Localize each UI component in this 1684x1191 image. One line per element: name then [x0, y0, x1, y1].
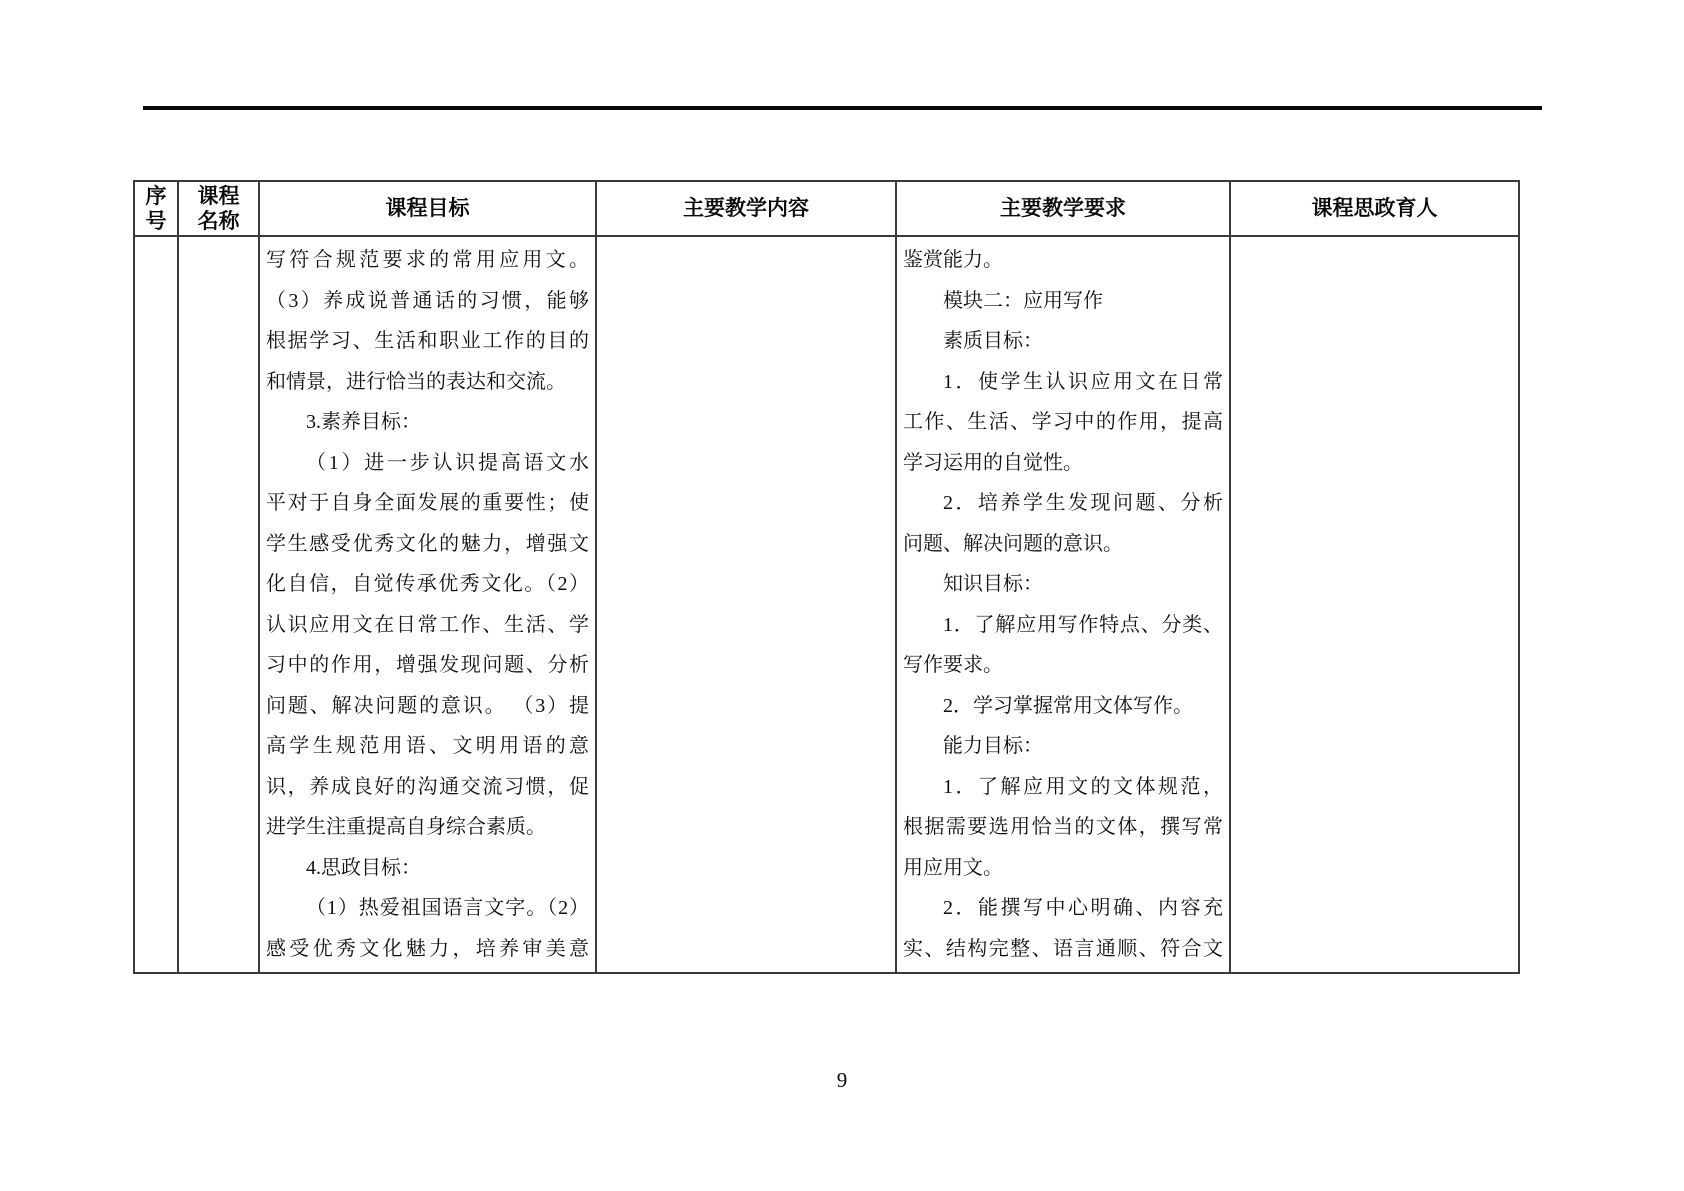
text-line: 写符合规范要求的常用应用文。 — [266, 240, 589, 281]
text-line: 问题、解决问题的意识。 — [903, 524, 1223, 565]
text-line: （1）热爱祖国语言文字。（2） — [266, 888, 589, 929]
cell-course-name — [178, 236, 259, 973]
text-line: 3.素养目标： — [266, 402, 589, 443]
text-line: 1．使学生认识应用文在日常 — [903, 362, 1223, 403]
text-line: 能力目标： — [903, 726, 1223, 767]
text-line: 工作、生活、学习中的作用，提高 — [903, 402, 1223, 443]
text-line: 认识应用文在日常工作、生活、学 — [266, 605, 589, 646]
column-header-seq: 序 号 — [134, 181, 178, 236]
text-line: 知识目标： — [903, 564, 1223, 605]
text-line: （3）养成说普通话的习惯，能够 — [266, 281, 589, 322]
text-line: 鉴赏能力。 — [903, 240, 1223, 281]
text-line: 2．培养学生发现问题、分析 — [903, 483, 1223, 524]
text-line: 2．能撰写中心明确、内容充 — [903, 888, 1223, 929]
cell-seq — [134, 236, 178, 973]
text-line: 进学生注重提高自身综合素质。 — [266, 807, 589, 848]
text-line: 习中的作用，增强发现问题、分析 — [266, 645, 589, 686]
text-line: 根据学习、生活和职业工作的目的 — [266, 321, 589, 362]
text-line: 写作要求。 — [903, 645, 1223, 686]
text-line: 根据需要选用恰当的文体，撰写常 — [903, 807, 1223, 848]
column-header-ideological-education: 课程思政育人 — [1230, 181, 1519, 236]
text-line: 1．了解应用文的文体规范， — [903, 767, 1223, 808]
column-header-teaching-requirements: 主要教学要求 — [896, 181, 1230, 236]
text-line: 学习运用的自觉性。 — [903, 443, 1223, 484]
text-line: 问题、解决问题的意识。 （3）提 — [266, 686, 589, 727]
text-line: 用应用文。 — [903, 848, 1223, 889]
text-line: 模块二：应用写作 — [903, 281, 1223, 322]
header-row: 序 号 课程 名称 课程目标 主要教学内容 主要教学要求 课程思政育人 — [134, 181, 1519, 236]
cell-teaching-requirements: 鉴赏能力。模块二：应用写作素质目标：1．使学生认识应用文在日常工作、生活、学习中… — [896, 236, 1230, 973]
document-page: 序 号 课程 名称 课程目标 主要教学内容 主要教学要求 课程思政育人 写符合规… — [0, 0, 1684, 1191]
text-line: 2．学习掌握常用文体写作。 — [903, 686, 1223, 727]
text-line: 学生感受优秀文化的魅力，增强文 — [266, 524, 589, 565]
text-line: （1）进一步认识提高语文水 — [266, 443, 589, 484]
text-line: 素质目标： — [903, 321, 1223, 362]
text-line: 和情景，进行恰当的表达和交流。 — [266, 362, 589, 403]
text-line: 高学生规范用语、文明用语的意 — [266, 726, 589, 767]
course-info-table: 序 号 课程 名称 课程目标 主要教学内容 主要教学要求 课程思政育人 写符合规… — [133, 180, 1520, 974]
cell-ideological-education — [1230, 236, 1519, 973]
text-line: 4.思政目标： — [266, 848, 589, 889]
cell-course-objectives: 写符合规范要求的常用应用文。（3）养成说普通话的习惯，能够根据学习、生活和职业工… — [259, 236, 596, 973]
column-header-teaching-content: 主要教学内容 — [596, 181, 896, 236]
text-line: 平对于自身全面发展的重要性；使 — [266, 483, 589, 524]
text-line: 实、结构完整、语言通顺、符合文 — [903, 929, 1223, 970]
page-number: 9 — [0, 1068, 1684, 1093]
text-line: 识，养成良好的沟通交流习惯，促 — [266, 767, 589, 808]
column-header-course-objectives: 课程目标 — [259, 181, 596, 236]
cell-teaching-content — [596, 236, 896, 973]
page-header-rule — [143, 106, 1542, 110]
text-line: 化自信，自觉传承优秀文化。（2） — [266, 564, 589, 605]
text-line: 感受优秀文化魅力，培养审美意 — [266, 929, 589, 970]
text-line: 1．了解应用写作特点、分类、 — [903, 605, 1223, 646]
table-row: 写符合规范要求的常用应用文。（3）养成说普通话的习惯，能够根据学习、生活和职业工… — [134, 236, 1519, 973]
column-header-course-name: 课程 名称 — [178, 181, 259, 236]
